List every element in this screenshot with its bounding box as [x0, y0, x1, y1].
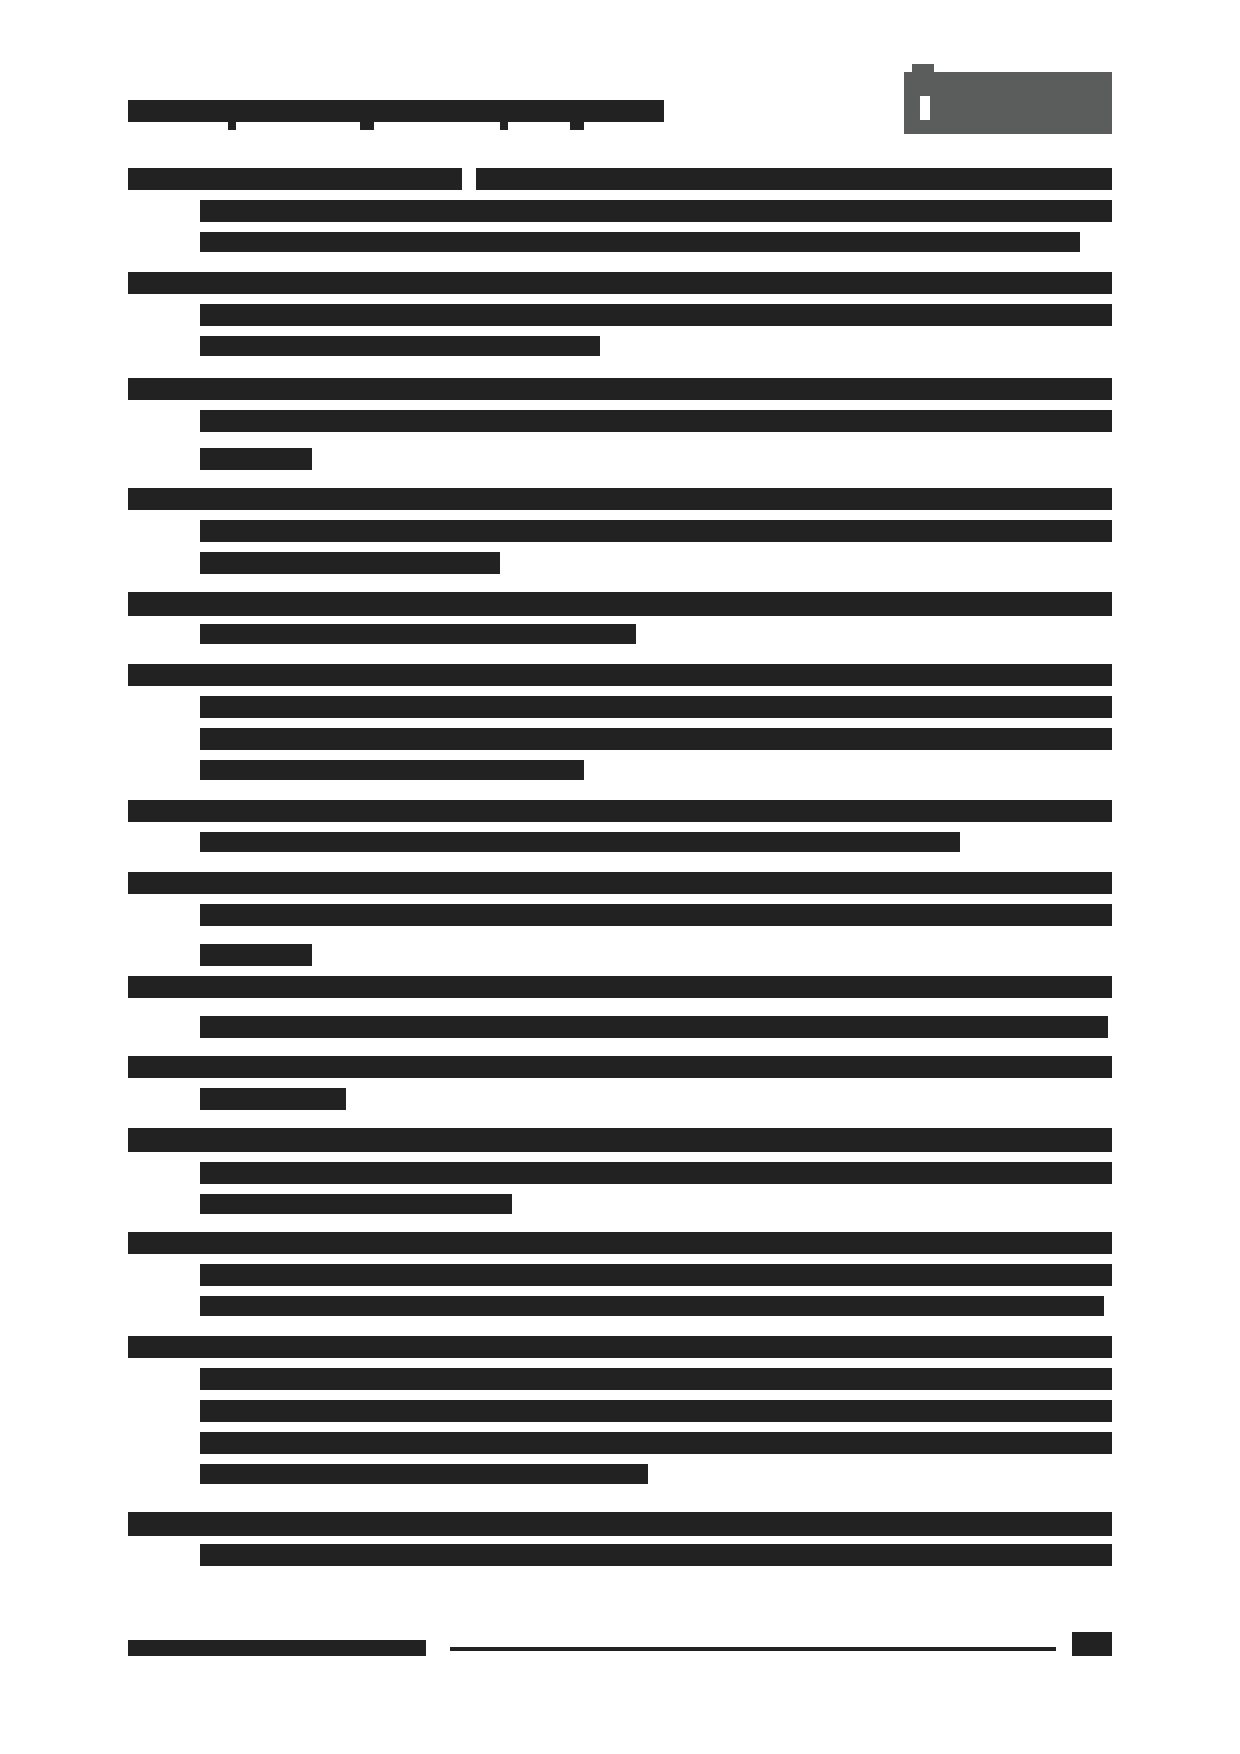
footer-rule: [450, 1647, 1056, 1651]
